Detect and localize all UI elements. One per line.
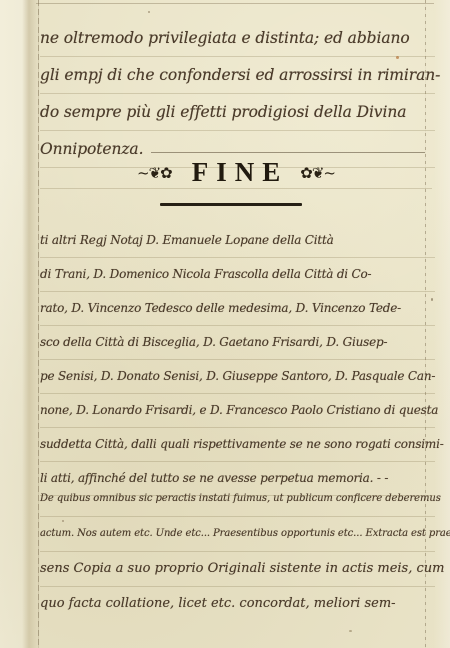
handwritten-line: De quibus omnibus sic peractis instati f… (40, 482, 435, 517)
handwritten-line: do sempre più gli effetti prodigiosi del… (40, 94, 435, 131)
left-margin-rule (38, 0, 39, 648)
paper-speck (349, 630, 352, 632)
handwritten-line: ne oltremodo privilegiata e distinta; ed… (40, 20, 435, 57)
notaries-paragraph: ti altri Regj Notaj D. Emanuele Lopane d… (40, 224, 435, 496)
top-margin-rule (36, 3, 434, 4)
paper-speck (431, 298, 433, 301)
handwritten-line: pe Senisi, D. Donato Senisi, D. Giuseppe… (40, 360, 435, 394)
handwritten-line: sens Copia a suo proprio Originali siste… (40, 552, 435, 587)
end-title: FINE (184, 157, 289, 188)
end-divider-rule (160, 203, 302, 206)
handwritten-line: none, D. Lonardo Frisardi, e D. Francesc… (40, 394, 435, 428)
handwritten-line: rato, D. Vincenzo Tedesco delle medesima… (40, 292, 435, 326)
closing-paragraph: ne oltremodo privilegiata e distinta; ed… (40, 20, 435, 168)
handwritten-line: actum. Nos autem etc. Unde etc... Praese… (40, 517, 435, 552)
floral-ornament-left-icon: ~❦✿ (137, 164, 172, 182)
line-filler-rule (151, 152, 425, 153)
floral-ornament-right-icon: ✿❦~ (300, 164, 335, 182)
paper-speck (148, 11, 150, 13)
manuscript-page: ne oltremodo privilegiata e distinta; ed… (0, 0, 450, 648)
end-title-row: ~❦✿ FINE ✿❦~ (40, 157, 432, 189)
handwritten-line: suddetta Città, dalli quali rispettivame… (40, 428, 435, 462)
handwritten-line: ti altri Regj Notaj D. Emanuele Lopane d… (40, 224, 435, 258)
latin-closing-paragraph: De quibus omnibus sic peractis instati f… (40, 482, 435, 621)
paper-speck (396, 56, 399, 59)
paper-speck (62, 520, 64, 522)
handwritten-line: sco della Città di Bisceglia, D. Gaetano… (40, 326, 435, 360)
handwritten-line: di Trani, D. Domenico Nicola Frascolla d… (40, 258, 435, 292)
handwritten-line: gli empj di che confondersi ed arrossirs… (40, 57, 435, 94)
handwritten-line: quo facta collatione, licet etc. concord… (40, 587, 435, 621)
